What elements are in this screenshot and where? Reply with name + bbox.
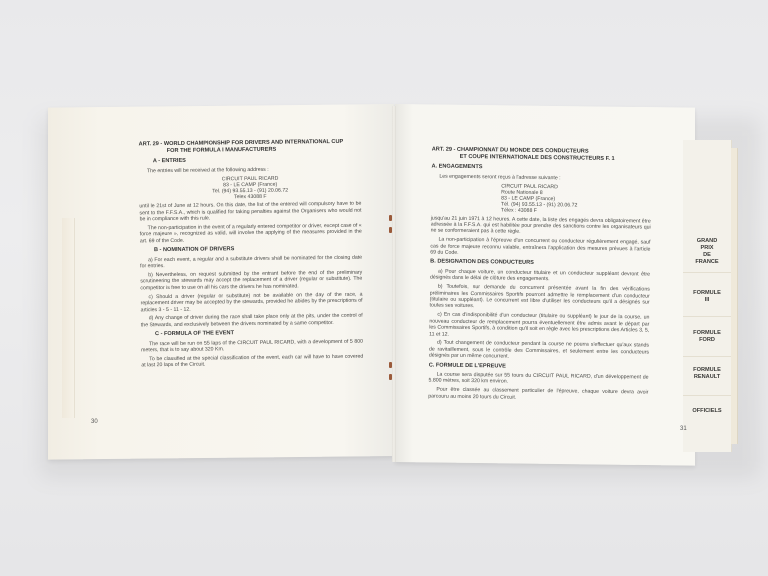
tab-label-line: FORMULE <box>683 330 731 337</box>
address-line: Telex 43088 F <box>139 193 361 202</box>
right-page-content: ART. 29 - CHAMPIONNAT DU MONDE DES CONDU… <box>428 146 652 405</box>
article-number: ART. 29 - <box>139 141 163 147</box>
section-a-intro: The entries will be received at the foll… <box>139 165 361 174</box>
tab-label-line: OFFICIELS <box>683 408 731 415</box>
tab-divider <box>683 356 731 357</box>
staple-bottom-1 <box>389 362 392 368</box>
tab-divider <box>683 272 731 273</box>
entries-address: CIRCUIT PAUL RICARD 83 - LE CAMP (France… <box>139 174 361 202</box>
section-b-item-d: d) Any change of driver during the race … <box>141 313 363 329</box>
index-tab-formule-ford[interactable]: FORMULE FORD <box>683 330 731 344</box>
index-tab-formule-iii[interactable]: FORMULE III <box>683 290 731 304</box>
engagements-address: CIRCUIT PAUL RICARD Route Nationale 8 83… <box>501 183 651 216</box>
section-b-item-b: b) Nevertheless, on request submitted by… <box>140 270 362 292</box>
section-b-heading: B. DESIGNATION DES CONDUCTEURS <box>430 259 650 268</box>
article-number: ART. 29 - <box>432 146 456 152</box>
section-c-heading: C - FORMULA OF THE EVENT <box>141 329 363 338</box>
section-b-heading: B - NOMINATION OF DRIVERS <box>140 245 362 254</box>
section-a-heading: A. ENGAGEMENTS <box>431 164 651 173</box>
index-tab-edge <box>731 148 738 444</box>
section-c-paragraph: La course sera disputée sur 55 tours du … <box>428 372 648 388</box>
staple-bottom-2 <box>389 374 392 380</box>
section-c-paragraph: The race will be run on 55 laps of the C… <box>141 338 363 354</box>
tab-label-line: PRIX <box>683 245 731 252</box>
tab-label-line: DE <box>683 252 731 259</box>
section-b-item-d: d) Tout changement de conducteur pendant… <box>429 340 649 362</box>
section-b-item-a: a) Pour chaque voiture, un conducteur ti… <box>430 268 650 284</box>
section-a-intro: Les engagements seront reçus à l'adresse… <box>431 173 651 182</box>
index-tab-grand-prix-de-france[interactable]: GRAND PRIX DE FRANCE <box>683 238 731 266</box>
article-title-line2: ET COUPE INTERNATIONALE DES CONSTRUCTEUR… <box>432 153 652 163</box>
section-a-paragraph: La non-participation à l'épreuve d'un co… <box>430 237 650 259</box>
index-tab-formule-renault[interactable]: FORMULE RENAULT <box>683 367 731 381</box>
tab-label-line: FORD <box>683 337 731 344</box>
tab-label-line: RENAULT <box>683 374 731 381</box>
article-heading: ART. 29 - CHAMPIONNAT DU MONDE DES CONDU… <box>432 146 652 162</box>
tab-label-line: FORMULE <box>683 367 731 374</box>
index-tab-officiels[interactable]: OFFICIELS <box>683 408 731 415</box>
section-b-item-b: b) Toutefois, sur demande du concurrent … <box>430 284 650 313</box>
tab-divider <box>683 395 731 396</box>
section-c-heading: C. FORMULE DE L'EPREUVE <box>429 362 649 371</box>
tab-label-line: FRANCE <box>683 259 731 266</box>
tab-label-line: FORMULE <box>683 290 731 297</box>
tab-label-line: GRAND <box>683 238 731 245</box>
staple-top-1 <box>389 215 392 221</box>
section-b-item-a: a) For each event, a regular and a subst… <box>140 254 362 270</box>
article-heading: ART. 29 - WORLD CHAMPIONSHIP FOR DRIVERS… <box>139 139 361 155</box>
page-number-right: 31 <box>680 426 687 432</box>
address-line: Télex : 43088 F <box>501 208 651 216</box>
section-a-paragraph: until le 21st of June at 12 hours. On th… <box>139 201 361 223</box>
left-page-content: ART. 29 - WORLD CHAMPIONSHIP FOR DRIVERS… <box>139 139 364 372</box>
section-c-paragraph: To be classified at the special classifi… <box>141 354 363 370</box>
page-number-left: 30 <box>91 419 98 425</box>
section-b-item-c: c) Should a driver (regular or substitut… <box>140 291 362 313</box>
tab-divider <box>683 316 731 317</box>
left-page-tab-edge <box>62 218 75 418</box>
section-a-paragraph: jusqu'au 21 juin 1971 à 12 heures. A cet… <box>431 215 651 237</box>
section-c-paragraph: Pour être classée au classement particul… <box>428 387 648 403</box>
tab-label-line: III <box>683 297 731 304</box>
binding-gutter <box>392 106 396 462</box>
section-a-paragraph: The non-participation in the event of a … <box>140 223 362 245</box>
section-b-item-c: c) En cas d'indisponibilité d'un conduct… <box>429 312 649 341</box>
staple-top-2 <box>389 227 392 233</box>
section-a-heading: A - ENTRIES <box>139 156 361 165</box>
